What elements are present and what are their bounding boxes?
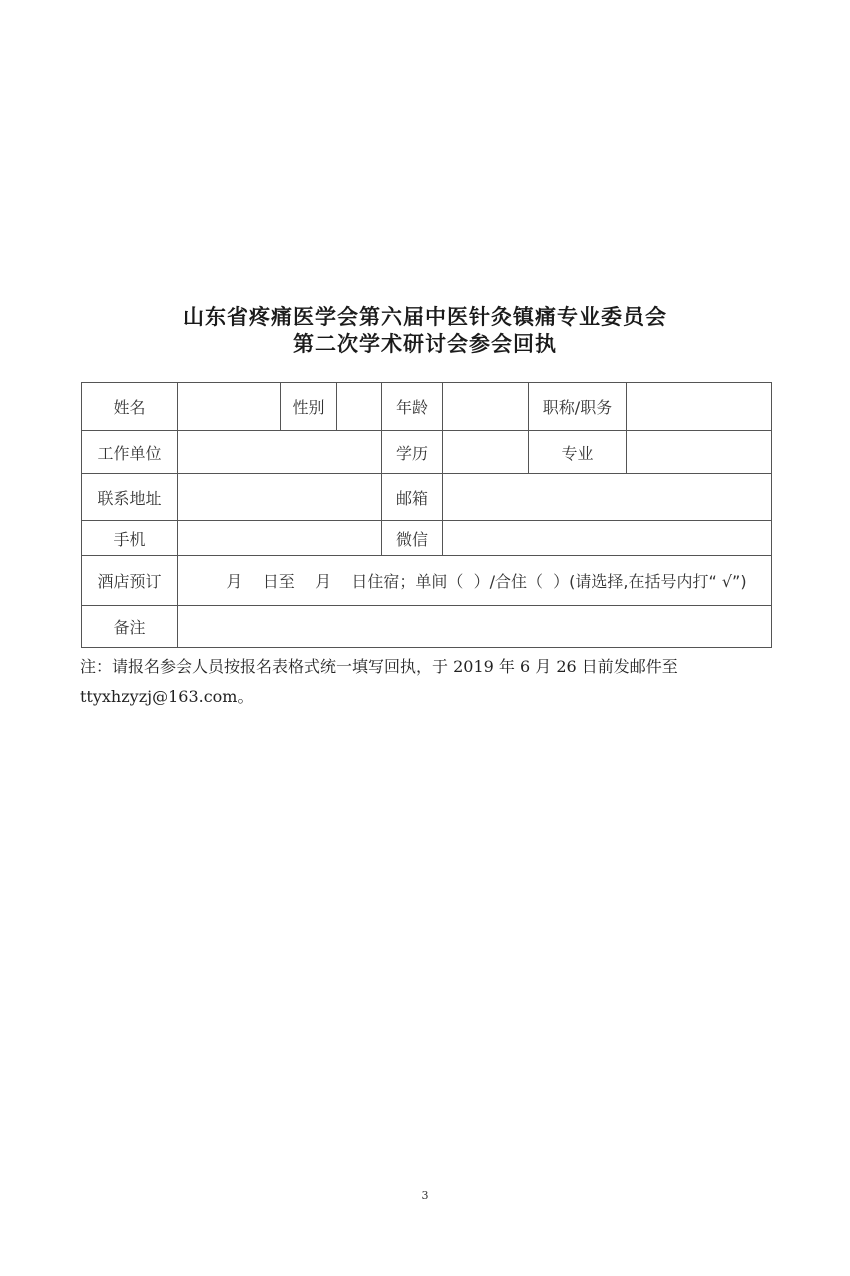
- document-title-line1: 山东省疼痛医学会第六届中医针灸镇痛专业委员会: [0, 301, 850, 331]
- page-number: 3: [0, 1189, 850, 1202]
- hotel-label: 酒店预订: [82, 556, 178, 606]
- form-row-address: 联系地址 邮箱: [82, 474, 772, 521]
- mobile-label: 手机: [82, 521, 178, 556]
- email-label: 邮箱: [382, 474, 443, 521]
- major-label: 专业: [529, 431, 627, 474]
- wechat-field[interactable]: [443, 521, 772, 556]
- job-title-label: 职称/职务: [529, 383, 627, 431]
- education-label: 学历: [382, 431, 443, 474]
- document-title-line2: 第二次学术研讨会参会回执: [0, 328, 850, 358]
- address-field[interactable]: [178, 474, 382, 521]
- wechat-label: 微信: [382, 521, 443, 556]
- workplace-label: 工作单位: [82, 431, 178, 474]
- address-label: 联系地址: [82, 474, 178, 521]
- name-label: 姓名: [82, 383, 178, 431]
- submission-email: ttyxhzyzj@163.com。: [80, 684, 253, 707]
- age-field[interactable]: [443, 383, 529, 431]
- workplace-field[interactable]: [178, 431, 382, 474]
- education-field[interactable]: [443, 431, 529, 474]
- form-row-hotel: 酒店预订 月 日至 月 日住宿；单间（ ）/合住（ ）(请选择,在括号内打“ √…: [82, 556, 772, 606]
- form-row-workplace: 工作单位 学历 专业: [82, 431, 772, 474]
- remarks-field[interactable]: [178, 606, 772, 648]
- hotel-booking-field[interactable]: 月 日至 月 日住宿；单间（ ）/合住（ ）(请选择,在括号内打“ √”): [178, 556, 772, 606]
- email-field[interactable]: [443, 474, 772, 521]
- age-label: 年龄: [382, 383, 443, 431]
- form-row-remarks: 备注: [82, 606, 772, 648]
- remarks-label: 备注: [82, 606, 178, 648]
- submission-note: 注：请报名参会人员按报名表格式统一填写回执，于 2019 年 6 月 26 日前…: [80, 654, 678, 677]
- job-title-field[interactable]: [627, 383, 772, 431]
- registration-form-table: 姓名 性别 年龄 职称/职务 工作单位 学历 专业 联系地址 邮箱 手机 微信 …: [81, 382, 772, 648]
- gender-field[interactable]: [337, 383, 382, 431]
- major-field[interactable]: [627, 431, 772, 474]
- mobile-field[interactable]: [178, 521, 382, 556]
- name-field[interactable]: [178, 383, 281, 431]
- form-row-mobile: 手机 微信: [82, 521, 772, 556]
- gender-label: 性别: [281, 383, 337, 431]
- form-row-name: 姓名 性别 年龄 职称/职务: [82, 383, 772, 431]
